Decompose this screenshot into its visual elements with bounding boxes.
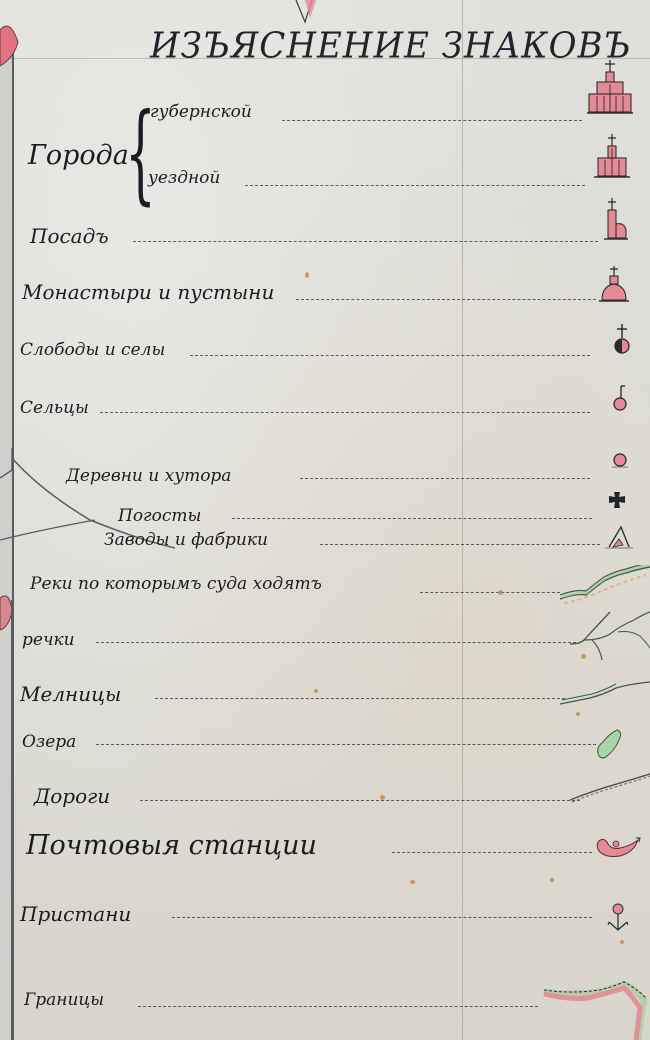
district-city-label: уездной bbox=[148, 170, 220, 187]
legend-title: ИЗЪЯСНЕНИЕ ЗНАКОВЪ bbox=[150, 25, 590, 67]
border-label: Границы bbox=[24, 992, 104, 1009]
mill-icon bbox=[560, 680, 650, 710]
left-margin-strip bbox=[0, 40, 12, 1040]
provincial-city-label: губернской bbox=[150, 104, 252, 121]
churchyard-cross-icon bbox=[607, 490, 627, 510]
map-legend-sheet: ИЗЪЯСНЕНИЕ ЗНАКОВЪ Города { губернской у… bbox=[0, 0, 650, 1040]
district-city-icon bbox=[592, 132, 632, 182]
post-station-label: Почтовыя станции bbox=[26, 832, 317, 859]
village-label: Деревни и хутора bbox=[66, 468, 231, 485]
leader-line bbox=[96, 744, 596, 745]
churchyard-label: Погосты bbox=[118, 508, 201, 525]
village-circle-icon bbox=[610, 450, 630, 470]
mill-label: Мелницы bbox=[20, 684, 121, 704]
road-icon bbox=[570, 770, 650, 804]
leader-line bbox=[245, 185, 585, 186]
pier-label: Пристани bbox=[20, 904, 131, 924]
leader-line bbox=[282, 120, 582, 121]
legend-entry-posad: Посадъ bbox=[30, 226, 109, 246]
legend-entry-provincial: губернской bbox=[150, 104, 252, 121]
stream-icon bbox=[560, 610, 650, 665]
paper-stain bbox=[581, 654, 586, 659]
leader-line bbox=[133, 241, 598, 242]
paper-stain bbox=[305, 272, 309, 278]
navigable-river-label: Реки по которымъ суда ходятъ bbox=[30, 576, 322, 593]
vertical-fold-line bbox=[462, 0, 463, 1040]
legend-group-cities: Города bbox=[28, 142, 129, 169]
legend-entry-stream: речки bbox=[22, 632, 75, 649]
post-horn-icon bbox=[596, 836, 642, 866]
leader-line bbox=[420, 592, 560, 593]
legend-entry-lake: Озера bbox=[22, 734, 76, 751]
leader-line bbox=[172, 917, 592, 918]
factory-label: Заводы и фабрики bbox=[104, 532, 268, 549]
posad-label: Посадъ bbox=[30, 226, 109, 246]
stream-label: речки bbox=[22, 632, 75, 649]
seltso-label: Сельцы bbox=[20, 400, 89, 417]
lake-label: Озера bbox=[22, 734, 76, 751]
leader-line bbox=[155, 698, 565, 699]
legend-entry-district: уездной bbox=[148, 170, 220, 187]
road-label: Дороги bbox=[34, 786, 110, 806]
paper-stain bbox=[576, 712, 580, 716]
leader-line bbox=[320, 544, 600, 545]
factory-icon bbox=[605, 525, 633, 551]
leader-line bbox=[296, 299, 596, 300]
legend-entry-border: Границы bbox=[24, 992, 104, 1009]
legend-entry-monastery: Монастыри и пустыни bbox=[22, 282, 274, 302]
legend-entry-navigable-river: Реки по которымъ суда ходятъ bbox=[30, 576, 322, 593]
legend-entry-mill: Мелницы bbox=[20, 684, 121, 704]
paper-stain bbox=[620, 940, 624, 944]
leader-line bbox=[100, 412, 590, 413]
legend-entry-churchyard: Погосты bbox=[118, 508, 201, 525]
legend-entry-sloboda: Слободы и селы bbox=[20, 342, 165, 359]
leader-line bbox=[232, 518, 592, 519]
legend-entry-road: Дороги bbox=[34, 786, 110, 806]
paper-stain bbox=[410, 880, 415, 884]
monastery-icon bbox=[598, 264, 630, 304]
legend-entry-post-station: Почтовыя станции bbox=[26, 832, 317, 859]
sloboda-label: Слободы и селы bbox=[20, 342, 165, 359]
leader-line bbox=[392, 852, 592, 853]
leader-line bbox=[138, 1006, 538, 1007]
anchor-icon bbox=[606, 902, 630, 934]
paper-stain bbox=[498, 590, 503, 595]
left-border-line bbox=[12, 40, 14, 1040]
monastery-label: Монастыри и пустыни bbox=[22, 282, 274, 302]
legend-entry-village: Деревни и хутора bbox=[66, 468, 231, 485]
navigable-river-icon bbox=[556, 565, 650, 605]
leader-line bbox=[300, 478, 590, 479]
paper-stain bbox=[314, 689, 318, 693]
legend-entry-pier: Пристани bbox=[20, 904, 131, 924]
leader-line bbox=[140, 800, 580, 801]
legend-entry-factory: Заводы и фабрики bbox=[104, 532, 268, 549]
lake-icon bbox=[595, 726, 625, 762]
hamlet-flag-circle-icon bbox=[610, 384, 630, 414]
leader-line bbox=[96, 642, 576, 643]
leader-line bbox=[190, 355, 590, 356]
cities-label: Города bbox=[28, 142, 129, 169]
paper-stain bbox=[380, 795, 385, 800]
legend-entry-seltso: Сельцы bbox=[20, 400, 89, 417]
border-line-icon bbox=[540, 978, 650, 1040]
provincial-city-icon bbox=[585, 58, 635, 118]
paper-stain bbox=[550, 878, 554, 882]
posad-church-icon bbox=[602, 196, 628, 242]
settlement-church-circle-icon bbox=[610, 322, 634, 356]
